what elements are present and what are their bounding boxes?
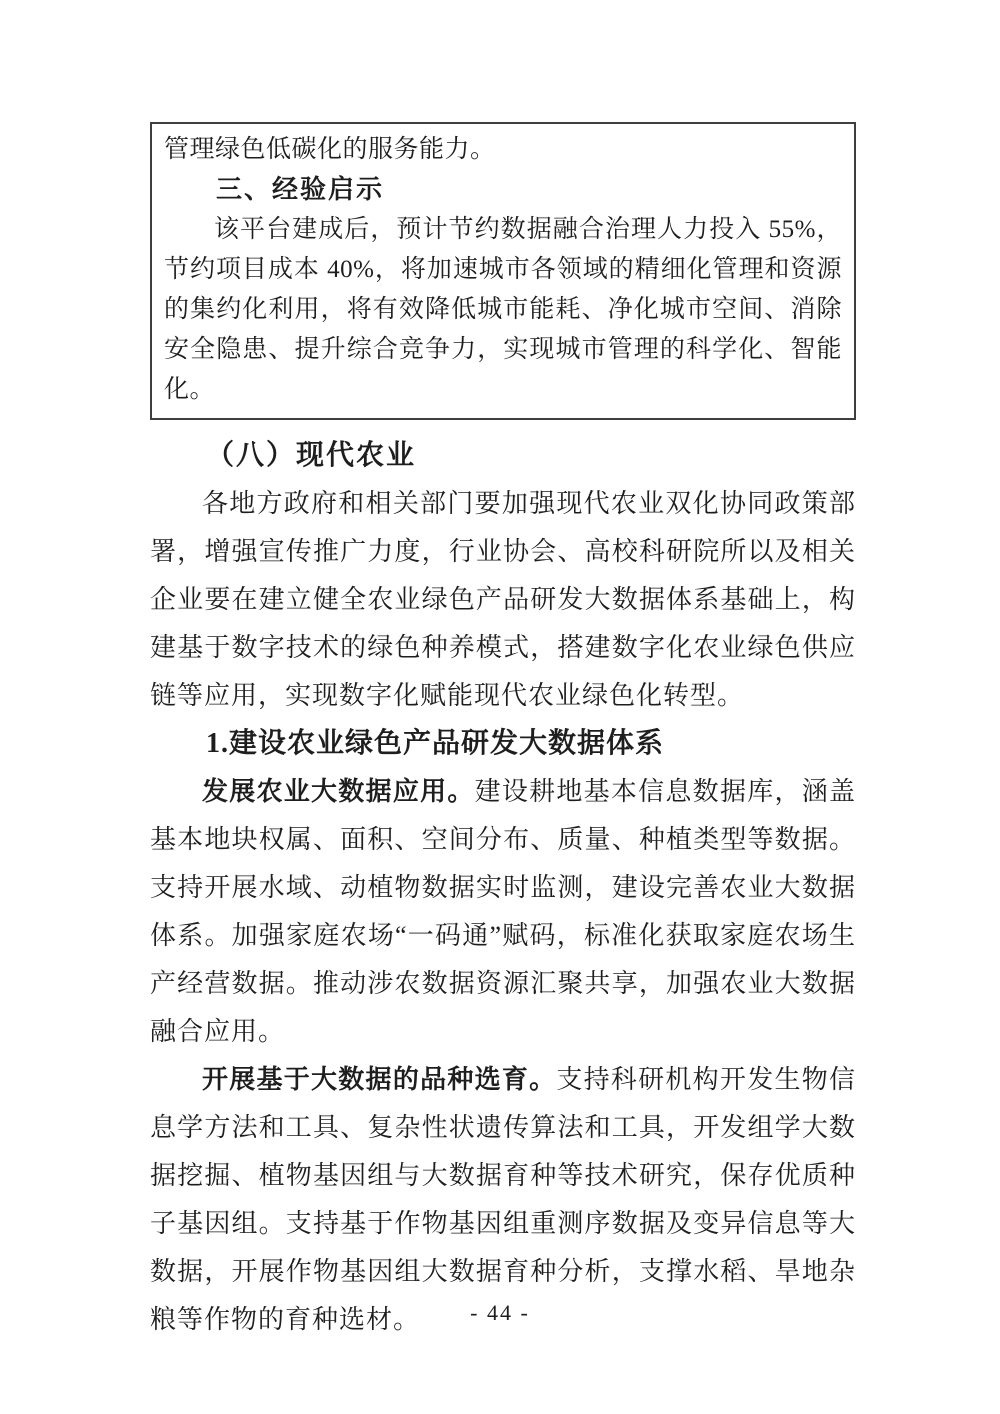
page-content: 管理绿色低碳化的服务能力。 三、经验启示 该平台建成后，预计节约数据融合治理人力… (150, 122, 856, 1344)
box-continuation-text: 管理绿色低碳化的服务能力。 (164, 130, 842, 170)
case-study-box: 管理绿色低碳化的服务能力。 三、经验启示 该平台建成后，预计节约数据融合治理人力… (150, 122, 856, 420)
section-heading-modern-agriculture: （八）现代农业 (150, 432, 856, 480)
box-section-heading: 三、经验启示 (164, 170, 842, 210)
document-page: 管理绿色低碳化的服务能力。 三、经验启示 该平台建成后，预计节约数据融合治理人力… (0, 0, 1000, 1414)
paragraph-agri-big-data-lead: 发展农业大数据应用。 (202, 777, 475, 806)
paragraph-breeding-selection-body: 支持科研机构开发生物信息学方法和工具、复杂性状遗传算法和工具，开发组学大数据挖掘… (150, 1065, 856, 1334)
page-number: - 44 - (0, 1300, 1000, 1326)
paragraph-agri-big-data-body: 建设耕地基本信息数据库，涵盖基本地块权属、面积、空间分布、质量、种植类型等数据。… (150, 777, 856, 1046)
paragraph-policy-overview: 各地方政府和相关部门要加强现代农业双化协同政策部署，增强宣传推广力度，行业协会、… (150, 480, 856, 720)
subsection-heading-big-data-system: 1.建设农业绿色产品研发大数据体系 (150, 720, 856, 768)
paragraph-breeding-selection-lead: 开展基于大数据的品种选育。 (202, 1065, 556, 1094)
box-paragraph: 该平台建成后，预计节约数据融合治理人力投入 55%，节约项目成本 40%，将加速… (164, 210, 842, 410)
paragraph-agri-big-data: 发展农业大数据应用。建设耕地基本信息数据库，涵盖基本地块权属、面积、空间分布、质… (150, 768, 856, 1056)
